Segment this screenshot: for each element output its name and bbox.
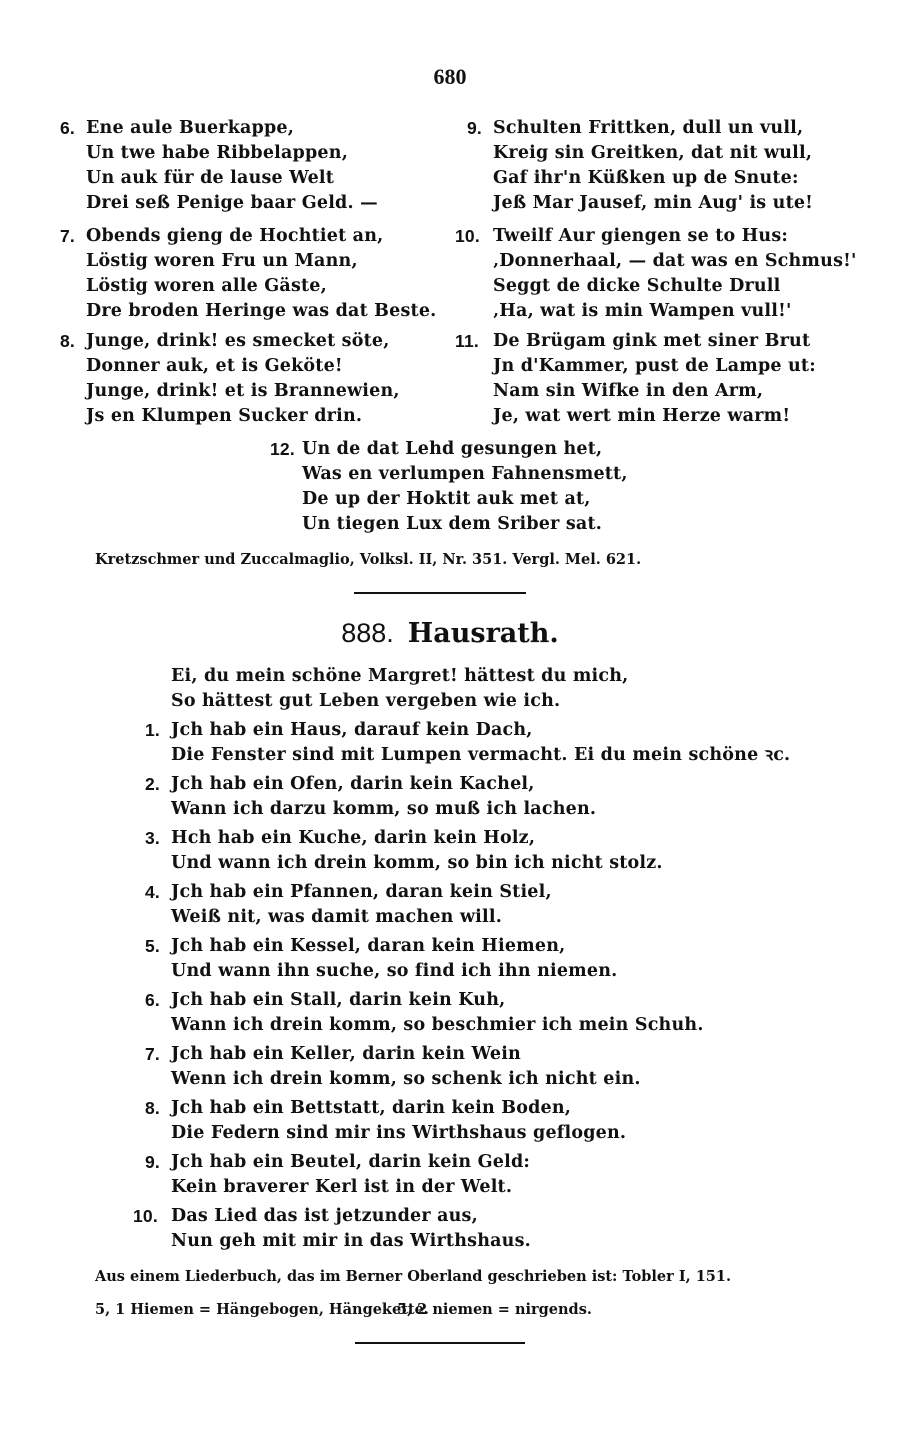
stanza-number: 6. bbox=[60, 116, 75, 141]
source-citation: Aus einem Liederbuch, das im Berner Ober… bbox=[95, 1268, 731, 1285]
verse-line: Jch hab ein Bettstatt, darin kein Boden, bbox=[171, 1098, 571, 1118]
verse-line: Nun geh mit mir in das Wirthshaus. bbox=[171, 1231, 531, 1251]
stanza-number: 4. bbox=[145, 880, 160, 905]
verse-line: Junge, drink! et is Brannewien, bbox=[86, 381, 400, 401]
stanza-number: 8. bbox=[60, 329, 75, 354]
stanza-number: 6. bbox=[145, 988, 160, 1013]
stanza-8: 8.Junge, drink! es smecket söte, Donner … bbox=[60, 329, 400, 429]
stanza-10: 10.Tweilf Aur giengen se to Hus: ‚Donner… bbox=[455, 224, 857, 324]
verse-line: Jch hab ein Pfannen, daran kein Stiel, bbox=[171, 882, 552, 902]
verse-line: Donner auk, et is Geköte! bbox=[86, 356, 343, 376]
verse-line: Schulten Frittken, dull un vull, bbox=[493, 118, 803, 138]
verse-line: Un tiegen Lux dem Sriber sat. bbox=[302, 514, 602, 534]
verse-line: Un twe habe Ribbelappen, bbox=[86, 143, 348, 163]
verse-line: Jch hab ein Haus, darauf kein Dach, bbox=[171, 720, 533, 740]
verse-line: Un auk für de lause Welt bbox=[86, 168, 334, 188]
verse-line: Und wann ihn suche, so find ich ihn niem… bbox=[171, 961, 617, 981]
song-stanza-10: 10.Das Lied das ist jetzunder aus, Nun g… bbox=[133, 1204, 531, 1254]
stanza-number: 1. bbox=[145, 718, 160, 743]
song-stanza-4: 4.Jch hab ein Pfannen, daran kein Stiel,… bbox=[145, 880, 552, 930]
verse-line: Nam sin Wifke in den Arm, bbox=[493, 381, 763, 401]
verse-line: Un de dat Lehd gesungen het, bbox=[302, 439, 602, 459]
verse-line: Dre broden Heringe was dat Beste. bbox=[86, 301, 436, 321]
song-stanza-6: 6.Jch hab ein Stall, darin kein Kuh, Wan… bbox=[145, 988, 704, 1038]
verse-line: Js en Klumpen Sucker drin. bbox=[86, 406, 362, 426]
stanza-9: 9.Schulten Frittken, dull un vull, Kreig… bbox=[467, 116, 813, 216]
song-stanza-8: 8.Jch hab ein Bettstatt, darin kein Bode… bbox=[145, 1096, 626, 1146]
verse-line: Wenn ich drein komm, so schenk ich nicht… bbox=[171, 1069, 641, 1089]
verse-line: Jch hab ein Keller, darin kein Wein bbox=[171, 1044, 521, 1064]
verse-line: Jn d'Kammer, pust de Lampe ut: bbox=[493, 356, 816, 376]
stanza-7: 7.Obends gieng de Hochtiet an, Löstig wo… bbox=[60, 224, 436, 324]
verse-line: Die Fenster sind mit Lumpen vermacht. Ei… bbox=[171, 745, 790, 765]
verse-line: Ene aule Buerkappe, bbox=[86, 118, 294, 138]
song-name: Hausrath. bbox=[408, 618, 559, 649]
verse-line: Seggt de dicke Schulte Drull bbox=[493, 276, 781, 296]
stanza-12: 12.Un de dat Lehd gesungen het, Was en v… bbox=[270, 437, 628, 537]
stanza-number: 8. bbox=[145, 1096, 160, 1121]
verse-line: Junge, drink! es smecket söte, bbox=[86, 331, 390, 351]
song-number: 888. bbox=[341, 618, 394, 648]
verse-line: Je, wat wert min Herze warm! bbox=[493, 406, 790, 426]
verse-line: Wann ich drein komm, so beschmier ich me… bbox=[171, 1015, 704, 1035]
verse-line: ‚Ha, wat is min Wampen vull!' bbox=[493, 301, 792, 321]
verse-line: Jch hab ein Stall, darin kein Kuh, bbox=[171, 990, 505, 1010]
verse-line: Das Lied das ist jetzunder aus, bbox=[171, 1206, 478, 1226]
footnote: 5, 2 niemen = nirgends. bbox=[397, 1301, 592, 1318]
verse-line: Jeß Mar Jausef, min Aug' is ute! bbox=[493, 193, 813, 213]
song-stanza-5: 5.Jch hab ein Kessel, daran kein Hiemen,… bbox=[145, 934, 617, 984]
verse-line: Kreig sin Greitken, dat nit wull, bbox=[493, 143, 812, 163]
stanza-number: 2. bbox=[145, 772, 160, 797]
verse-line: Löstig woren Fru un Mann, bbox=[86, 251, 358, 271]
section-divider bbox=[355, 1342, 525, 1344]
song-stanza-3: 3.Hch hab ein Kuche, darin kein Holz, Un… bbox=[145, 826, 663, 876]
stanza-number: 7. bbox=[60, 224, 75, 249]
refrain: Ei, du mein schöne Margret! hättest du m… bbox=[145, 664, 628, 714]
verse-line: ‚Donnerhaal, — dat was en Schmus!' bbox=[493, 251, 857, 271]
stanza-number: 12. bbox=[270, 437, 295, 462]
stanza-number: 10. bbox=[455, 224, 480, 249]
verse-line: Ei, du mein schöne Margret! hättest du m… bbox=[171, 666, 628, 686]
stanza-number: 9. bbox=[145, 1150, 160, 1175]
verse-line: Gaf ihr'n Küßken up de Snute: bbox=[493, 168, 799, 188]
verse-line: Jch hab ein Kessel, daran kein Hiemen, bbox=[171, 936, 565, 956]
verse-line: Jch hab ein Ofen, darin kein Kachel, bbox=[171, 774, 535, 794]
stanza-6: 6.Ene aule Buerkappe, Un twe habe Ribbel… bbox=[60, 116, 378, 216]
verse-line: Wann ich darzu komm, so muß ich lachen. bbox=[171, 799, 596, 819]
page-number: 680 bbox=[0, 64, 900, 90]
verse-line: Jch hab ein Beutel, darin kein Geld: bbox=[171, 1152, 530, 1172]
song-stanza-7: 7.Jch hab ein Keller, darin kein Wein We… bbox=[145, 1042, 641, 1092]
verse-line: De Brügam gink met siner Brut bbox=[493, 331, 810, 351]
stanza-11: 11.De Brügam gink met siner Brut Jn d'Ka… bbox=[455, 329, 816, 429]
stanza-number: 10. bbox=[133, 1204, 158, 1229]
song-stanza-2: 2.Jch hab ein Ofen, darin kein Kachel, W… bbox=[145, 772, 596, 822]
stanza-number: 11. bbox=[455, 329, 479, 354]
verse-line: Tweilf Aur giengen se to Hus: bbox=[493, 226, 788, 246]
stanza-number: 3. bbox=[145, 826, 160, 851]
verse-line: Weiß nit, was damit machen will. bbox=[171, 907, 502, 927]
song-title: 888.Hausrath. bbox=[0, 618, 900, 649]
footnote: 5, 1 Hiemen = Hängebogen, Hängekette. bbox=[95, 1301, 429, 1318]
verse-line: De up der Hoktit auk met at, bbox=[302, 489, 591, 509]
stanza-number: 5. bbox=[145, 934, 160, 959]
verse-line: Was en verlumpen Fahnensmett, bbox=[302, 464, 628, 484]
section-divider bbox=[354, 592, 526, 594]
source-citation: Kretzschmer und Zuccalmaglio, Volksl. II… bbox=[95, 551, 641, 568]
verse-line: Löstig woren alle Gäste, bbox=[86, 276, 327, 296]
verse-line: So hättest gut Leben vergeben wie ich. bbox=[171, 691, 560, 711]
verse-line: Die Federn sind mir ins Wirthshaus geflo… bbox=[171, 1123, 626, 1143]
verse-line: Drei seß Penige baar Geld. — bbox=[86, 193, 378, 213]
song-stanza-9: 9.Jch hab ein Beutel, darin kein Geld: K… bbox=[145, 1150, 530, 1200]
verse-line: Hch hab ein Kuche, darin kein Holz, bbox=[171, 828, 535, 848]
verse-line: Obends gieng de Hochtiet an, bbox=[86, 226, 383, 246]
verse-line: Kein braverer Kerl ist in der Welt. bbox=[171, 1177, 512, 1197]
song-stanza-1: 1.Jch hab ein Haus, darauf kein Dach, Di… bbox=[145, 718, 790, 768]
verse-line: Und wann ich drein komm, so bin ich nich… bbox=[171, 853, 663, 873]
stanza-number: 9. bbox=[467, 116, 482, 141]
stanza-number: 7. bbox=[145, 1042, 160, 1067]
